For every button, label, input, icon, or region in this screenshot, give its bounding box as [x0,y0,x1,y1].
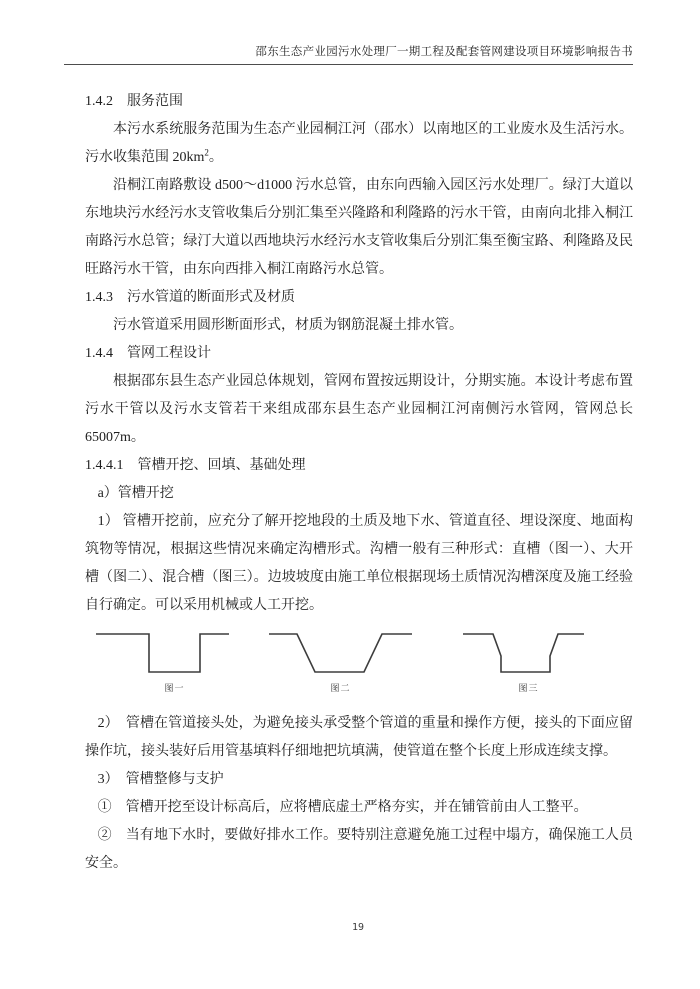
page-number: 19 [8,922,700,933]
open-cut-trench-drawing [268,628,413,680]
paragraph-network-design: 根据邵东县生态产业园总体规划，管网布置按远期设计，分期实施。本设计考虑布置污水干… [85,368,633,452]
section-heading-1-4-4-1: 1.4.4.1 管槽开挖、回填、基础处理 [85,452,633,480]
straight-trench-drawing [95,628,230,680]
paragraph-text: 本污水系统服务范围为生态产业园桐江河（邵水）以南地区的工业废水及生活污水。污水收… [85,122,633,165]
figure-straight-trench: 图一 [95,628,230,694]
mixed-trench-drawing [462,628,585,680]
section-heading-1-4-2: 1.4.2 服务范围 [85,88,633,116]
figure-label-1: 图一 [107,682,242,694]
list-item-1-before-excavation: 1） 管槽开挖前，应充分了解开挖地段的土质及地下水、管道直径、埋设深度、地面构筑… [85,508,633,620]
section-heading-1-4-4: 1.4.4 管网工程设计 [85,340,633,368]
paragraph-text-end: 。 [209,150,223,165]
figure-label-3: 图三 [467,682,590,694]
list-item-circle2-drainage: ② 当有地下水时，要做好排水工作。要特别注意避免施工过程中塌方，确保施工人员安全… [85,822,633,878]
figure-mixed-trench: 图三 [462,628,585,694]
header-rule [64,64,633,65]
trench-figures-row: 图一 图二 图三 [85,624,633,710]
header-title: 邵东生态产业园污水处理厂一期工程及配套管网建设项目环境影响报告书 [255,45,633,59]
list-item-circle1-compaction: ① 管槽开挖至设计标高后，应将槽底虚土严格夯实，并在铺管前由人工整平。 [85,794,633,822]
scanned-report-page: { "header": { "title": "邵东生态产业园污水处理厂一期工程… [0,0,700,989]
paragraph-pipe-material: 污水管道采用圆形断面形式，材质为钢筋混凝土排水管。 [85,312,633,340]
section-heading-1-4-3: 1.4.3 污水管道的断面形式及材质 [85,284,633,312]
figure-label-2: 图二 [268,682,413,694]
figure-open-cut-trench: 图二 [268,628,413,694]
list-item-3-trench-support: 3） 管槽整修与支护 [85,766,633,794]
list-item-2-pipe-joints: 2） 管槽在管道接头处，为避免接头承受整个管道的重量和操作方便，接头的下面应留操… [85,710,633,766]
document-body: 1.4.2 服务范围 本污水系统服务范围为生态产业园桐江河（邵水）以南地区的工业… [85,88,633,878]
paragraph-pipe-routing: 沿桐江南路敷设 d500～d1000 污水总管，由东向西输入园区污水处理厂。绿汀… [85,172,633,284]
paragraph-service-scope: 本污水系统服务范围为生态产业园桐江河（邵水）以南地区的工业废水及生活污水。污水收… [85,116,633,172]
list-item-a-trench-excavation: a）管槽开挖 [85,480,633,508]
